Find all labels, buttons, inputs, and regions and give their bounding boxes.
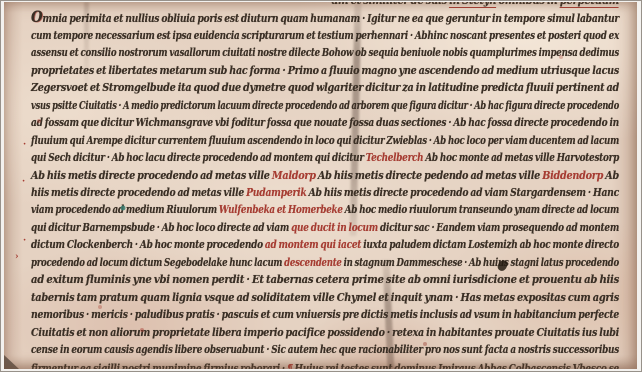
manuscript-line: viam procedendo ad medium Riuulorum Wulf… xyxy=(31,202,619,218)
manuscript-line: um et similiter de suis in Stetyn omnibu… xyxy=(31,2,637,9)
manuscript-line: tabernis tam pratum quam lignia vsque ad… xyxy=(31,290,619,306)
ink-text: viam procedendo ad medium Riuulorum xyxy=(31,203,219,216)
manuscript-line-text: hiis metis directe procedendo ad metas v… xyxy=(31,185,619,200)
ink-text: ad fossam que dicitur Wichmansgrave vbi … xyxy=(31,116,619,129)
manuscript-line: nemoribus · mericis · paludibus pratis ·… xyxy=(31,307,619,323)
ink-text: Ab hoc monte ad metas ville Harvotestorp xyxy=(423,151,619,164)
ink-text: qui Sech dicitur · Ab hoc lacu directe p… xyxy=(31,151,366,164)
ink-text: procedendo ad locum dictum Segebodelake … xyxy=(31,256,284,269)
rubric-text: in Stetyn xyxy=(449,2,496,8)
manuscript-line-text: qui Sech dicitur · Ab hoc lacu directe p… xyxy=(31,150,619,165)
rubric-margin-mark: · xyxy=(23,237,26,246)
ink-text: Ab hiis metis directe pedendo ad metas v… xyxy=(316,169,543,182)
manuscript-line: Omnia perimita et nullius obliuia poris … xyxy=(31,10,619,26)
manuscript-line: fluuium qui Arempe dicitur currentem flu… xyxy=(31,133,619,149)
rubric-text: Biddendorp xyxy=(542,169,603,182)
rubric-text: Maldorp xyxy=(272,169,316,182)
manuscript-line: qui Sech dicitur · Ab hoc lacu directe p… xyxy=(31,150,619,166)
ink-text: Huius rei testes sunt dominus Jmiraus Ab… xyxy=(292,362,619,369)
manuscript-line-text: qui dicitur Barnempsbude · Ab hoc loco d… xyxy=(31,220,619,235)
manuscript-line: procedendo ad locum dictum Segebodelake … xyxy=(31,255,619,271)
manuscript-line: qui dicitur Barnempsbude · Ab hoc loco d… xyxy=(31,220,619,236)
rubric-text: ad montem qui iacet xyxy=(265,238,361,251)
rubric-margin-mark: › xyxy=(15,253,19,262)
ink-text: Ciuitatis et non aliorum proprietate lib… xyxy=(31,326,619,339)
manuscript-line-text: vsus psitte Ciuitatis · A medio predicto… xyxy=(31,98,619,113)
manuscript-line-text: Ab hiis metis directe procedendo ad meta… xyxy=(31,168,619,183)
manuscript-line: hiis metis directe procedendo ad metas v… xyxy=(31,185,619,201)
ink-text: proprietates et libertates metarum sub h… xyxy=(31,64,619,77)
manuscript-line: cense in eorum causis agendis libere obs… xyxy=(31,342,619,358)
manuscript-line-text: dictum Clockenberch · Ab hoc monte proce… xyxy=(31,237,619,252)
manuscript-line-text: cense in eorum causis agendis libere obs… xyxy=(31,342,619,357)
ink-text: tabernis tam pratum quam lignia vsque ad… xyxy=(31,291,619,304)
manuscript-line-text: um et similiter de suis in Stetyn omnibu… xyxy=(331,2,619,8)
ink-text: hiis metis directe procedendo ad metas v… xyxy=(31,186,246,199)
ink-text: dicitur sac · Eandem viam prosequendo ad… xyxy=(378,221,619,234)
manuscript-line-text: nemoribus · mericis · paludibus pratis ·… xyxy=(31,307,619,322)
manuscript-line: assensu et consilio nostrorum vasallorum… xyxy=(31,45,619,61)
manuscript-line: dictum Clockenberch · Ab hoc monte proce… xyxy=(31,237,619,253)
manuscript-line: Zegersvoet et Stromgelbude ita quod due … xyxy=(31,80,619,96)
rubric-text: descendente xyxy=(284,256,341,269)
rubric-text: que ducit in locum xyxy=(291,221,378,234)
scan-frame: um et similiter de suis in Stetyn omnibu… xyxy=(0,0,642,372)
manuscript-line-text: Omnia perimita et nullius obliuia poris … xyxy=(31,10,619,26)
rubric-text: perpetuum xyxy=(560,2,619,8)
manuscript-line: cum tempore necessarium est ipsa euidenc… xyxy=(31,28,619,44)
manuscript-line-text: ad fossam que dicitur Wichmansgrave vbi … xyxy=(31,115,619,130)
manuscript-line-text: cum tempore necessarium est ipsa euidenc… xyxy=(31,28,619,43)
ink-text: dictum Clockenberch · Ab hoc monte proce… xyxy=(31,238,265,251)
ink-text: qui dicitur Barnempsbude · Ab hoc loco d… xyxy=(31,221,291,234)
manuscript-line: proprietates et libertates metarum sub h… xyxy=(31,63,619,79)
manuscript-line: ad exitum fluminis yne vbi nomen perdit … xyxy=(31,272,619,288)
manuscript-line-text: ad exitum fluminis yne vbi nomen perdit … xyxy=(31,272,619,287)
rubric-margin-mark: · xyxy=(23,141,26,150)
ink-text: O xyxy=(31,7,42,26)
manuscript-line: Ab hiis metis directe procedendo ad meta… xyxy=(31,168,619,184)
ink-text: firmentur ea sigilli nostri munimine fir… xyxy=(31,362,287,369)
ink-text: Ab hiis metis directe procedendo ad meta… xyxy=(31,169,272,182)
ink-text: mnia perimita et nullius obliuia poris e… xyxy=(42,12,619,25)
manuscript-line: firmentur ea sigilli nostri munimine fir… xyxy=(31,361,619,369)
manuscript-line-text: Ciuitatis et non aliorum proprietate lib… xyxy=(31,325,619,340)
ink-text: vsus psitte Ciuitatis · A medio predicto… xyxy=(31,99,619,112)
stain-specks xyxy=(4,2,6,4)
manuscript-line-text: Zegersvoet et Stromgelbude ita quod due … xyxy=(31,80,619,95)
ink-text: ad exitum fluminis yne vbi nomen perdit … xyxy=(31,273,619,286)
ink-text: iuxta paludem dictam Lostemizh ab hoc mo… xyxy=(361,238,619,251)
manuscript-line-text: firmentur ea sigilli nostri munimine fir… xyxy=(31,361,619,369)
manuscript-line: Ciuitatis et non aliorum proprietate lib… xyxy=(31,325,619,341)
ink-text: assensu et consilio nostrorum vasallorum… xyxy=(31,46,619,59)
ink-text: Ab hoc medio riuulorum transeundo ynam d… xyxy=(343,203,619,216)
manuscript-line-text: procedendo ad locum dictum Segebodelake … xyxy=(31,255,619,270)
manuscript-line-text: viam procedendo ad medium Riuulorum Wulf… xyxy=(31,202,619,217)
manuscript-line-text: proprietates et libertates metarum sub h… xyxy=(31,63,619,78)
ink-text: Ab xyxy=(603,169,619,182)
ink-text: Zegersvoet et Stromgelbude ita quod due … xyxy=(31,81,619,94)
ink-text: nemoribus · mericis · paludibus pratis ·… xyxy=(31,308,619,321)
ink-text: cense in eorum causis agendis libere obs… xyxy=(31,343,619,356)
ink-text: omnibus in xyxy=(496,2,560,7)
ink-text: um et similiter de suis xyxy=(331,2,449,7)
parchment-corner-shadow xyxy=(4,355,19,369)
rubric-margin-mark: · xyxy=(22,178,25,187)
manuscript-line-text: fluuium qui Arempe dicitur currentem flu… xyxy=(31,133,619,148)
manuscript-line-text: assensu et consilio nostrorum vasallorum… xyxy=(31,45,619,60)
manuscript-line: ad fossam que dicitur Wichmansgrave vbi … xyxy=(31,115,619,131)
ink-text: Ab hiis metis directe procedendo ad viam… xyxy=(307,186,619,199)
manuscript-line-text: tabernis tam pratum quam lignia vsque ad… xyxy=(31,290,619,305)
ink-text: in stagnum Dammeschese · Ab huius stagni… xyxy=(342,256,619,269)
rubric-text: Pudamperik xyxy=(246,186,306,199)
manuscript-line: vsus psitte Ciuitatis · A medio predicto… xyxy=(31,98,619,114)
manuscript-page: um et similiter de suis in Stetyn omnibu… xyxy=(4,2,637,369)
ink-text: fluuium qui Arempe dicitur currentem flu… xyxy=(31,134,619,147)
rubric-text: Techelberch xyxy=(366,151,424,164)
rubric-text: Wulfenbeka et Homerbeke xyxy=(219,203,343,216)
ink-text: cum tempore necessarium est ipsa euidenc… xyxy=(31,29,619,42)
